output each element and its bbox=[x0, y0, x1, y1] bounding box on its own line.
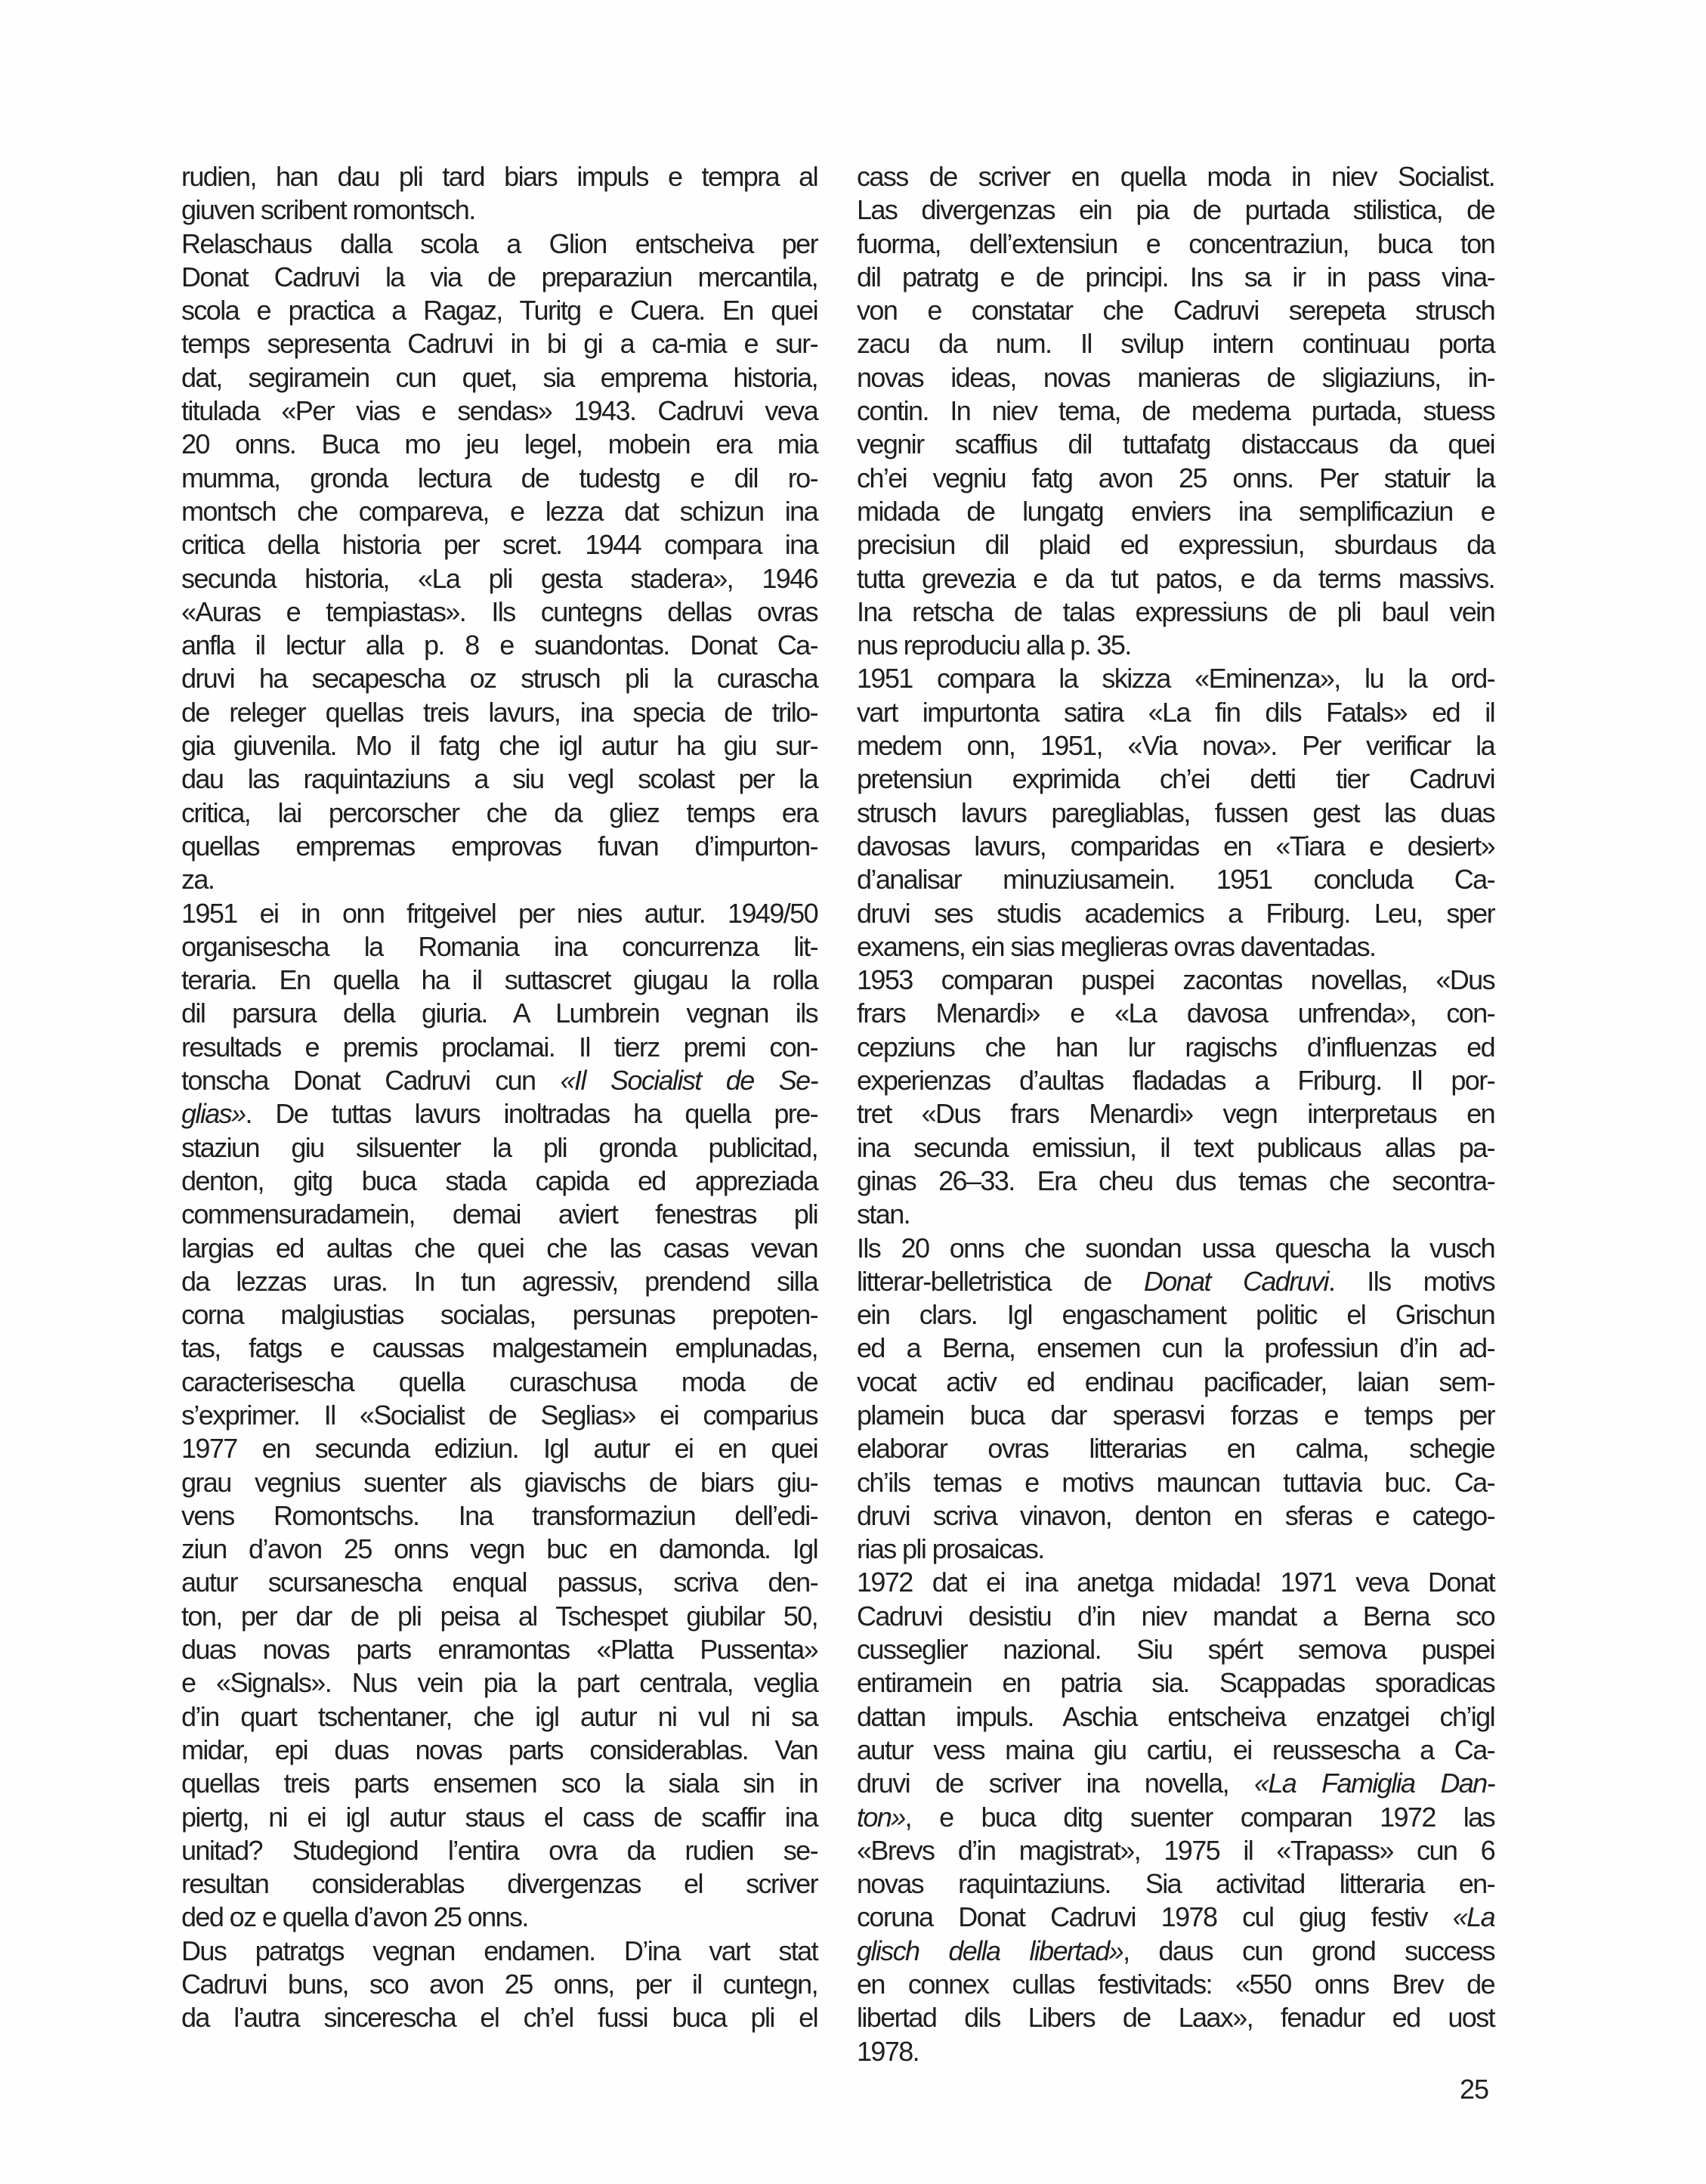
text-span: dil parsura della giuria. A Lumbrein veg… bbox=[181, 998, 817, 1029]
text-line-content: cepziuns che han lur ragischs d’influenz… bbox=[857, 1031, 1494, 1064]
text-line-content: ein clars. Igl engaschament politic el G… bbox=[857, 1298, 1494, 1332]
text-line: anfla il lectur alla p. 8 e suandontas. … bbox=[181, 629, 817, 662]
text-line-content: druvi ha secapescha oz strusch pli la cu… bbox=[181, 662, 817, 695]
text-line: ziun d’avon 25 onns vegn buc en damonda.… bbox=[181, 1533, 817, 1566]
text-span: Dus patratgs vegnan endamen. D’ina vart … bbox=[181, 1935, 817, 1966]
italic-title-text: Donat Cadruvi bbox=[1144, 1266, 1328, 1297]
text-line: quellas treis parts ensemen sco la siala… bbox=[181, 1767, 817, 1800]
text-line: critica, lai percorscher che da gliez te… bbox=[181, 797, 817, 830]
text-span: scola e practica a Ragaz, Turitg e Cuera… bbox=[181, 295, 817, 326]
text-span: , daus cun grond success bbox=[1123, 1935, 1494, 1966]
text-line: Dus patratgs vegnan endamen. D’ina vart … bbox=[181, 1935, 817, 1968]
text-line-content: 1978. bbox=[857, 2035, 919, 2068]
text-line: 1953 comparan puspei zacontas novellas, … bbox=[857, 964, 1494, 997]
text-line-content: glias». De tuttas lavurs inoltradas ha q… bbox=[181, 1097, 817, 1131]
text-span: druvi scriva vinavon, denton en sferas e… bbox=[857, 1500, 1494, 1531]
text-line-content: unitad? Studegiond l’entira ovra da rudi… bbox=[181, 1834, 817, 1867]
text-line: litterar-belletristica de Donat Cadruvi.… bbox=[857, 1265, 1494, 1298]
text-line-content: 1977 en secunda ediziun. Igl autur ei en… bbox=[181, 1432, 817, 1465]
text-span: novas ideas, novas manieras de sligiaziu… bbox=[857, 362, 1494, 393]
text-line-content: de releger quellas treis lavurs, ina spe… bbox=[181, 696, 817, 729]
text-line-content: 1951 ei in onn fritgeivel per nies autur… bbox=[181, 897, 817, 930]
text-line: midar, epi duas novas parts considerabla… bbox=[181, 1734, 817, 1767]
text-span: 1951 ei in onn fritgeivel per nies autur… bbox=[181, 898, 817, 929]
text-line-content: d’in quart tschentaner, che igl autur ni… bbox=[181, 1700, 817, 1734]
text-span: caracterisescha quella curaschusa moda d… bbox=[181, 1366, 817, 1397]
text-span: nus reproduciu alla p. 35. bbox=[857, 630, 1131, 660]
text-line-content: ed a Berna, ensemen cun la professiun d’… bbox=[857, 1332, 1494, 1365]
text-line-content: dat, segiramein cun quet, sia emprema hi… bbox=[181, 361, 817, 394]
text-line: 1978. bbox=[857, 2035, 1494, 2068]
text-line-content: tas, fatgs e caussas malgestamein emplun… bbox=[181, 1332, 817, 1365]
text-line-content: Relaschaus dalla scola a Glion entscheiv… bbox=[181, 227, 817, 261]
text-line-content: quellas treis parts ensemen sco la siala… bbox=[181, 1767, 817, 1800]
text-span: quellas empremas emprovas fuvan d’impurt… bbox=[181, 831, 817, 862]
text-line-content: grau vegnius suenter als giavischs de bi… bbox=[181, 1466, 817, 1499]
text-line: quellas empremas emprovas fuvan d’impurt… bbox=[181, 830, 817, 863]
text-span: strusch lavurs paregliablas, fussen gest… bbox=[857, 797, 1494, 828]
text-line: stan. bbox=[857, 1198, 1494, 1231]
italic-title-text: «La bbox=[1453, 1901, 1494, 1932]
text-line: plamein buca dar sperasvi forzas e temps… bbox=[857, 1399, 1494, 1432]
text-line-content: en connex cullas festivitads: «550 onns … bbox=[857, 1968, 1494, 2001]
text-line: duas novas parts enramontas «Platta Puss… bbox=[181, 1633, 817, 1666]
text-span: commensuradamein, demai aviert fenestras… bbox=[181, 1199, 817, 1230]
text-line-content: vens Romontschs. Ina transformaziun dell… bbox=[181, 1499, 817, 1533]
text-span: resultads e premis proclamai. Il tierz p… bbox=[181, 1032, 817, 1063]
text-line-content: temps sepresenta Cadruvi in bi gi a ca-m… bbox=[181, 327, 817, 360]
text-line: ded oz e quella d’avon 25 onns. bbox=[181, 1901, 817, 1934]
text-line-content: 1972 dat ei ina anetga midada! 1971 veva… bbox=[857, 1566, 1494, 1599]
text-line-content: dau las raquintaziuns a siu vegl scolast… bbox=[181, 763, 817, 796]
text-line-content: caracterisescha quella curaschusa moda d… bbox=[181, 1366, 817, 1399]
text-line: libertad dils Libers de Laax», fenadur e… bbox=[857, 2001, 1494, 2034]
text-span: e «Signals». Nus vein pia la part centra… bbox=[181, 1667, 817, 1698]
text-span: ziun d’avon 25 onns vegn buc en damonda.… bbox=[181, 1533, 817, 1564]
text-line-content: cusseglier nazional. Siu spért semova pu… bbox=[857, 1633, 1494, 1666]
text-line: dil patratg e de principi. Ins sa ir in … bbox=[857, 261, 1494, 294]
text-line-content: ziun d’avon 25 onns vegn buc en damonda.… bbox=[181, 1533, 817, 1566]
text-span: dil patratg e de principi. Ins sa ir in … bbox=[857, 261, 1494, 292]
text-line: caracterisescha quella curaschusa moda d… bbox=[181, 1366, 817, 1399]
text-line: tutta grevezia e da tut patos, e da term… bbox=[857, 562, 1494, 595]
document-page: rudien, han dau pli tard biars impuls e … bbox=[0, 0, 1706, 2184]
right-text-column: cass de scriver en quella moda in niev S… bbox=[857, 160, 1494, 2068]
text-span: staziun giu silsuenter la pli gronda pub… bbox=[181, 1132, 817, 1163]
text-span: quellas treis parts ensemen sco la siala… bbox=[181, 1768, 817, 1799]
text-line-content: ginas 26–33. Era cheu dus temas che seco… bbox=[857, 1165, 1494, 1198]
text-span: critica della historia per scret. 1944 c… bbox=[181, 529, 817, 560]
text-line-content: zacu da num. Il svilup intern continuau … bbox=[857, 327, 1494, 360]
text-line: 1951 ei in onn fritgeivel per nies autur… bbox=[181, 897, 817, 930]
text-span: ein clars. Igl engaschament politic el G… bbox=[857, 1299, 1494, 1330]
text-span: contin. In niev tema, de medema purtada,… bbox=[857, 395, 1494, 426]
italic-title-text: glisch della libertad» bbox=[857, 1935, 1123, 1966]
text-line: resultan considerablas divergenzas el sc… bbox=[181, 1867, 817, 1901]
text-span: entiramein en patria sia. Scappadas spor… bbox=[857, 1667, 1494, 1698]
text-span: giuven scribent romontsch. bbox=[181, 194, 475, 225]
text-line-content: rudien, han dau pli tard biars impuls e … bbox=[181, 160, 817, 193]
text-line: commensuradamein, demai aviert fenestras… bbox=[181, 1198, 817, 1231]
italic-title-text: «La Famiglia Dan- bbox=[1254, 1768, 1494, 1799]
text-span: tutta grevezia e da tut patos, e da term… bbox=[857, 563, 1494, 594]
text-span: midar, epi duas novas parts considerabla… bbox=[181, 1734, 817, 1765]
text-line: secunda historia, «La pli gesta stadera»… bbox=[181, 562, 817, 595]
text-line: Relaschaus dalla scola a Glion entscheiv… bbox=[181, 227, 817, 261]
text-span: critica, lai percorscher che da gliez te… bbox=[181, 797, 817, 828]
left-text-column: rudien, han dau pli tard biars impuls e … bbox=[181, 160, 817, 2035]
text-line: da l’autra sincerescha el ch’el fussi bu… bbox=[181, 2001, 817, 2034]
text-line-content: quellas empremas emprovas fuvan d’impurt… bbox=[181, 830, 817, 863]
text-line: largias ed aultas che quei che las casas… bbox=[181, 1232, 817, 1265]
text-line: ein clars. Igl engaschament politic el G… bbox=[857, 1298, 1494, 1332]
text-span: da l’autra sincerescha el ch’el fussi bu… bbox=[181, 2002, 817, 2033]
text-line-content: za. bbox=[181, 863, 214, 896]
text-line: pretensiun exprimida ch’ei detti tier Ca… bbox=[857, 763, 1494, 796]
text-line: montsch che compareva, e lezza dat schiz… bbox=[181, 495, 817, 528]
text-line-content: Ils 20 onns che suondan ussa quescha la … bbox=[857, 1232, 1494, 1265]
text-line-content: contin. In niev tema, de medema purtada,… bbox=[857, 394, 1494, 428]
text-span: 1978. bbox=[857, 2036, 919, 2067]
text-span: examens, ein sias meglieras ovras davent… bbox=[857, 931, 1375, 962]
text-span: «Brevs d’in magistrat», 1975 il «Trapass… bbox=[857, 1835, 1494, 1866]
text-line-content: midada de lungatg enviers ina semplifica… bbox=[857, 495, 1494, 528]
text-span: vens Romontschs. Ina transformaziun dell… bbox=[181, 1500, 817, 1531]
text-line-content: vegnir scaffius dil tuttafatg distaccaus… bbox=[857, 428, 1494, 461]
text-line-content: «Auras e tempiastas». Ils cuntegns della… bbox=[181, 595, 817, 629]
text-span: teraria. En quella ha il suttascret giug… bbox=[181, 964, 817, 995]
text-line-content: d’analisar minuziusamein. 1951 concluda … bbox=[857, 863, 1494, 896]
text-line: autur vess maina giu cartiu, ei reussesc… bbox=[857, 1734, 1494, 1767]
text-line-content: duas novas parts enramontas «Platta Puss… bbox=[181, 1633, 817, 1666]
text-line-content: strusch lavurs paregliablas, fussen gest… bbox=[857, 797, 1494, 830]
text-span: druvi de scriver ina novella, bbox=[857, 1768, 1254, 1799]
text-span: . De tuttas lavurs inoltradas ha quella … bbox=[245, 1098, 817, 1129]
text-line-content: midar, epi duas novas parts considerabla… bbox=[181, 1734, 817, 1767]
text-line: tonscha Donat Cadruvi cun «Il Socialist … bbox=[181, 1064, 817, 1097]
text-line-content: elaborar ovras litterarias en calma, sch… bbox=[857, 1432, 1494, 1465]
text-line-content: largias ed aultas che quei che las casas… bbox=[181, 1232, 817, 1265]
text-span: vocat activ ed endinau pacificader, laia… bbox=[857, 1366, 1494, 1397]
text-span: von e constatar che Cadruvi serepeta str… bbox=[857, 295, 1494, 326]
italic-title-text: ton» bbox=[857, 1802, 905, 1833]
text-line: medem onn, 1951, «Via nova». Per verific… bbox=[857, 729, 1494, 763]
text-line-content: Cadruvi buns, sco avon 25 onns, per il c… bbox=[181, 1968, 817, 2001]
text-line-content: entiramein en patria sia. Scappadas spor… bbox=[857, 1666, 1494, 1700]
text-line-content: litterar-belletristica de Donat Cadruvi.… bbox=[857, 1265, 1494, 1298]
text-line: gia giuvenila. Mo il fatg che igl autur … bbox=[181, 729, 817, 763]
text-line-content: staziun giu silsuenter la pli gronda pub… bbox=[181, 1131, 817, 1165]
text-line-content: resultads e premis proclamai. Il tierz p… bbox=[181, 1031, 817, 1064]
text-line-content: vocat activ ed endinau pacificader, laia… bbox=[857, 1366, 1494, 1399]
text-span: rudien, han dau pli tard biars impuls e … bbox=[181, 161, 817, 192]
text-span: za. bbox=[181, 864, 214, 895]
text-line: Ils 20 onns che suondan ussa quescha la … bbox=[857, 1232, 1494, 1265]
text-span: d’in quart tschentaner, che igl autur ni… bbox=[181, 1701, 817, 1732]
text-line: d’analisar minuziusamein. 1951 concluda … bbox=[857, 863, 1494, 896]
text-line: frars Menardi» e «La davosa unfrenda», c… bbox=[857, 997, 1494, 1030]
text-line: s’exprimer. Il «Socialist de Seglias» ei… bbox=[181, 1399, 817, 1432]
text-line-content: commensuradamein, demai aviert fenestras… bbox=[181, 1198, 817, 1231]
text-line: davosas lavurs, comparidas en «Tiara e d… bbox=[857, 830, 1494, 863]
text-line-content: 20 onns. Buca mo jeu legel, mobein era m… bbox=[181, 428, 817, 461]
text-span: Cadruvi desistiu d’in niev mandat a Bern… bbox=[857, 1601, 1494, 1632]
text-line: druvi de scriver ina novella, «La Famigl… bbox=[857, 1767, 1494, 1800]
text-span: cass de scriver en quella moda in niev S… bbox=[857, 161, 1494, 192]
text-line-content: denton, gitg buca stada capida ed apprez… bbox=[181, 1165, 817, 1198]
text-line: denton, gitg buca stada capida ed apprez… bbox=[181, 1165, 817, 1198]
text-line: dattan impuls. Aschia entscheiva enzatge… bbox=[857, 1700, 1494, 1734]
text-line-content: ch’ei vegniu fatg avon 25 onns. Per stat… bbox=[857, 462, 1494, 495]
text-line-content: Donat Cadruvi la via de preparaziun merc… bbox=[181, 261, 817, 294]
text-span: corna malgiustias socialas, persunas pre… bbox=[181, 1299, 817, 1330]
text-line-content: tonscha Donat Cadruvi cun «Il Socialist … bbox=[181, 1064, 817, 1097]
text-line-content: gia giuvenila. Mo il fatg che igl autur … bbox=[181, 729, 817, 763]
text-line: ed a Berna, ensemen cun la professiun d’… bbox=[857, 1332, 1494, 1365]
text-line-content: autur vess maina giu cartiu, ei reussesc… bbox=[857, 1734, 1494, 1767]
text-line: Donat Cadruvi la via de preparaziun merc… bbox=[181, 261, 817, 294]
text-line-content: fuorma, dell’extensiun e concentraziun, … bbox=[857, 227, 1494, 261]
text-line: da lezzas uras. In tun agressiv, prenden… bbox=[181, 1265, 817, 1298]
text-span: experienzas d’aultas fladadas a Friburg.… bbox=[857, 1065, 1494, 1096]
text-line-content: davosas lavurs, comparidas en «Tiara e d… bbox=[857, 830, 1494, 863]
text-line-content: resultan considerablas divergenzas el sc… bbox=[181, 1867, 817, 1901]
text-span: da lezzas uras. In tun agressiv, prenden… bbox=[181, 1266, 817, 1297]
text-line-content: libertad dils Libers de Laax», fenadur e… bbox=[857, 2001, 1494, 2034]
text-line-content: da l’autra sincerescha el ch’el fussi bu… bbox=[181, 2001, 817, 2034]
text-line: vocat activ ed endinau pacificader, laia… bbox=[857, 1366, 1494, 1399]
text-line-content: mumma, gronda lectura de tudestg e dil r… bbox=[181, 462, 817, 495]
text-span: 1953 comparan puspei zacontas novellas, … bbox=[857, 964, 1494, 995]
text-line: d’in quart tschentaner, che igl autur ni… bbox=[181, 1700, 817, 1734]
text-line: corna malgiustias socialas, persunas pre… bbox=[181, 1298, 817, 1332]
text-span: coruna Donat Cadruvi 1978 cul giug festi… bbox=[857, 1901, 1453, 1932]
text-span: organisescha la Romania ina concurrenza … bbox=[181, 931, 817, 962]
text-line-content: s’exprimer. Il «Socialist de Seglias» ei… bbox=[181, 1399, 817, 1432]
text-line-content: nus reproduciu alla p. 35. bbox=[857, 629, 1131, 662]
text-span: ch’ils temas e motivs mauncan tuttavia b… bbox=[857, 1467, 1494, 1498]
text-span: ginas 26–33. Era cheu dus temas che seco… bbox=[857, 1165, 1494, 1196]
text-line-content: vart impurtonta satira «La fin dils Fata… bbox=[857, 696, 1494, 729]
text-span: piertg, ni ei igl autur staus el cass de… bbox=[181, 1802, 817, 1833]
text-span: cepziuns che han lur ragischs d’influenz… bbox=[857, 1032, 1494, 1063]
text-line: elaborar ovras litterarias en calma, sch… bbox=[857, 1432, 1494, 1465]
text-line: staziun giu silsuenter la pli gronda pub… bbox=[181, 1131, 817, 1165]
text-line-content: dattan impuls. Aschia entscheiva enzatge… bbox=[857, 1700, 1494, 1734]
text-line-content: titulada «Per vias e sendas» 1943. Cadru… bbox=[181, 394, 817, 428]
text-line: Ina retscha de talas expressiuns de pli … bbox=[857, 595, 1494, 629]
text-line-content: novas ideas, novas manieras de sligiaziu… bbox=[857, 361, 1494, 394]
text-line: organisescha la Romania ina concurrenza … bbox=[181, 930, 817, 964]
text-span: «Auras e tempiastas». Ils cuntegns della… bbox=[181, 596, 817, 627]
text-line-content: autur scursanescha enqual passus, scriva… bbox=[181, 1566, 817, 1599]
text-line: novas raquintaziuns. Sia activitad litte… bbox=[857, 1867, 1494, 1901]
text-line: piertg, ni ei igl autur staus el cass de… bbox=[181, 1801, 817, 1834]
text-span: autur scursanescha enqual passus, scriva… bbox=[181, 1567, 817, 1598]
text-span: ded oz e quella d’avon 25 onns. bbox=[181, 1901, 528, 1932]
text-line-content: «Brevs d’in magistrat», 1975 il «Trapass… bbox=[857, 1834, 1494, 1867]
text-span: unitad? Studegiond l’entira ovra da rudi… bbox=[181, 1835, 817, 1866]
text-span: 1972 dat ei ina anetga midada! 1971 veva… bbox=[857, 1567, 1494, 1598]
text-line-content: experienzas d’aultas fladadas a Friburg.… bbox=[857, 1064, 1494, 1097]
text-line-content: corna malgiustias socialas, persunas pre… bbox=[181, 1298, 817, 1332]
text-span: dattan impuls. Aschia entscheiva enzatge… bbox=[857, 1701, 1494, 1732]
text-span: Ils 20 onns che suondan ussa quescha la … bbox=[857, 1233, 1494, 1264]
text-line-content: frars Menardi» e «La davosa unfrenda», c… bbox=[857, 997, 1494, 1030]
text-line-content: piertg, ni ei igl autur staus el cass de… bbox=[181, 1801, 817, 1834]
text-span: druvi ses studis academics a Friburg. Le… bbox=[857, 898, 1494, 929]
text-line-content: examens, ein sias meglieras ovras davent… bbox=[857, 930, 1375, 964]
text-line-content: medem onn, 1951, «Via nova». Per verific… bbox=[857, 729, 1494, 763]
text-span: Las divergenzas ein pia de purtada stili… bbox=[857, 194, 1494, 225]
text-span: de releger quellas treis lavurs, ina spe… bbox=[181, 697, 817, 728]
text-line: za. bbox=[181, 863, 817, 896]
text-line-content: Ina retscha de talas expressiuns de pli … bbox=[857, 595, 1494, 629]
text-span: . Ils motivs bbox=[1328, 1266, 1494, 1297]
text-line-content: ded oz e quella d’avon 25 onns. bbox=[181, 1901, 528, 1934]
text-line: cepziuns che han lur ragischs d’influenz… bbox=[857, 1031, 1494, 1064]
text-line: titulada «Per vias e sendas» 1943. Cadru… bbox=[181, 394, 817, 428]
text-line-content: montsch che compareva, e lezza dat schiz… bbox=[181, 495, 817, 528]
text-line: druvi ha secapescha oz strusch pli la cu… bbox=[181, 662, 817, 695]
text-span: resultan considerablas divergenzas el sc… bbox=[181, 1868, 817, 1899]
text-span: ch’ei vegniu fatg avon 25 onns. Per stat… bbox=[857, 462, 1494, 493]
text-line: druvi scriva vinavon, denton en sferas e… bbox=[857, 1499, 1494, 1533]
text-line-content: novas raquintaziuns. Sia activitad litte… bbox=[857, 1867, 1494, 1901]
text-line: ch’ei vegniu fatg avon 25 onns. Per stat… bbox=[857, 462, 1494, 495]
text-line: «Auras e tempiastas». Ils cuntegns della… bbox=[181, 595, 817, 629]
text-line-content: ch’ils temas e motivs mauncan tuttavia b… bbox=[857, 1466, 1494, 1499]
text-span: denton, gitg buca stada capida ed apprez… bbox=[181, 1165, 817, 1196]
text-line-content: druvi ses studis academics a Friburg. Le… bbox=[857, 897, 1494, 930]
text-line: ton», e buca ditg suenter comparan 1972 … bbox=[857, 1801, 1494, 1834]
text-line: Cadruvi desistiu d’in niev mandat a Bern… bbox=[857, 1600, 1494, 1633]
text-span: vegnir scaffius dil tuttafatg distaccaus… bbox=[857, 428, 1494, 459]
text-span: ina secunda emissiun, il text publicaus … bbox=[857, 1132, 1494, 1163]
text-span: stan. bbox=[857, 1199, 910, 1230]
text-line: precisiun dil plaid ed expressiun, sburd… bbox=[857, 528, 1494, 561]
text-line: glisch della libertad», daus cun grond s… bbox=[857, 1935, 1494, 1968]
text-span: duas novas parts enramontas «Platta Puss… bbox=[181, 1634, 817, 1665]
text-line: Las divergenzas ein pia de purtada stili… bbox=[857, 193, 1494, 227]
text-span: fuorma, dell’extensiun e concentraziun, … bbox=[857, 228, 1494, 259]
text-line-content: critica della historia per scret. 1944 c… bbox=[181, 528, 817, 561]
text-line: examens, ein sias meglieras ovras davent… bbox=[857, 930, 1494, 964]
text-span: montsch che compareva, e lezza dat schiz… bbox=[181, 496, 817, 527]
text-line: 20 onns. Buca mo jeu legel, mobein era m… bbox=[181, 428, 817, 461]
text-line: teraria. En quella ha il suttascret giug… bbox=[181, 964, 817, 997]
text-span: novas raquintaziuns. Sia activitad litte… bbox=[857, 1868, 1494, 1899]
text-line: rias pli prosaicas. bbox=[857, 1533, 1494, 1566]
text-line: ginas 26–33. Era cheu dus temas che seco… bbox=[857, 1165, 1494, 1198]
text-line: druvi ses studis academics a Friburg. Le… bbox=[857, 897, 1494, 930]
text-span: d’analisar minuziusamein. 1951 concluda … bbox=[857, 864, 1494, 895]
text-span: 1977 en secunda ediziun. Igl autur ei en… bbox=[181, 1433, 817, 1464]
text-line-content: critica, lai percorscher che da gliez te… bbox=[181, 797, 817, 830]
text-line: 1972 dat ei ina anetga midada! 1971 veva… bbox=[857, 1566, 1494, 1599]
text-span: druvi ha secapescha oz strusch pli la cu… bbox=[181, 663, 817, 694]
text-span: , e buca ditg suenter comparan 1972 las bbox=[905, 1802, 1494, 1833]
text-span: rias pli prosaicas. bbox=[857, 1533, 1044, 1564]
text-line: experienzas d’aultas fladadas a Friburg.… bbox=[857, 1064, 1494, 1097]
text-line: «Brevs d’in magistrat», 1975 il «Trapass… bbox=[857, 1834, 1494, 1867]
text-line: 1977 en secunda ediziun. Igl autur ei en… bbox=[181, 1432, 817, 1465]
text-line-content: scola e practica a Ragaz, Turitg e Cuera… bbox=[181, 294, 817, 327]
text-span: medem onn, 1951, «Via nova». Per verific… bbox=[857, 730, 1494, 761]
text-line: ch’ils temas e motivs mauncan tuttavia b… bbox=[857, 1466, 1494, 1499]
text-line-content: da lezzas uras. In tun agressiv, prenden… bbox=[181, 1265, 817, 1298]
text-line: unitad? Studegiond l’entira ovra da rudi… bbox=[181, 1834, 817, 1867]
text-line: temps sepresenta Cadruvi in bi gi a ca-m… bbox=[181, 327, 817, 360]
text-span: gia giuvenila. Mo il fatg che igl autur … bbox=[181, 730, 817, 761]
text-span: tonscha Donat Cadruvi cun bbox=[181, 1065, 561, 1096]
text-span: Relaschaus dalla scola a Glion entscheiv… bbox=[181, 228, 817, 259]
text-line-content: ton», e buca ditg suenter comparan 1972 … bbox=[857, 1801, 1494, 1834]
text-span: litterar-belletristica de bbox=[857, 1266, 1144, 1297]
text-line: glias». De tuttas lavurs inoltradas ha q… bbox=[181, 1097, 817, 1131]
text-line-content: 1951 compara la skizza «Eminenza», lu la… bbox=[857, 662, 1494, 695]
text-line: zacu da num. Il svilup intern continuau … bbox=[857, 327, 1494, 360]
text-span: midada de lungatg enviers ina semplifica… bbox=[857, 496, 1494, 527]
text-span: libertad dils Libers de Laax», fenadur e… bbox=[857, 2002, 1494, 2033]
text-line: grau vegnius suenter als giavischs de bi… bbox=[181, 1466, 817, 1499]
text-line: dat, segiramein cun quet, sia emprema hi… bbox=[181, 361, 817, 394]
text-line-content: anfla il lectur alla p. 8 e suandontas. … bbox=[181, 629, 817, 662]
text-line: ton, per dar de pli peisa al Tschespet g… bbox=[181, 1600, 817, 1633]
text-span: vart impurtonta satira «La fin dils Fata… bbox=[857, 697, 1494, 728]
text-line-content: pretensiun exprimida ch’ei detti tier Ca… bbox=[857, 763, 1494, 796]
text-line: cass de scriver en quella moda in niev S… bbox=[857, 160, 1494, 193]
text-line-content: precisiun dil plaid ed expressiun, sburd… bbox=[857, 528, 1494, 561]
text-line: vens Romontschs. Ina transformaziun dell… bbox=[181, 1499, 817, 1533]
text-line-content: organisescha la Romania ina concurrenza … bbox=[181, 930, 817, 964]
text-span: davosas lavurs, comparidas en «Tiara e d… bbox=[857, 831, 1494, 862]
text-span: 20 onns. Buca mo jeu legel, mobein era m… bbox=[181, 428, 817, 459]
text-line-content: Cadruvi desistiu d’in niev mandat a Bern… bbox=[857, 1600, 1494, 1633]
text-span: tas, fatgs e caussas malgestamein emplun… bbox=[181, 1332, 817, 1363]
text-line: dau las raquintaziuns a siu vegl scolast… bbox=[181, 763, 817, 796]
text-line-content: secunda historia, «La pli gesta stadera»… bbox=[181, 562, 817, 595]
text-line-content: dil parsura della giuria. A Lumbrein veg… bbox=[181, 997, 817, 1030]
text-line: e «Signals». Nus vein pia la part centra… bbox=[181, 1666, 817, 1700]
text-line: midada de lungatg enviers ina semplifica… bbox=[857, 495, 1494, 528]
text-span: cusseglier nazional. Siu spért semova pu… bbox=[857, 1634, 1494, 1665]
text-line: dil parsura della giuria. A Lumbrein veg… bbox=[181, 997, 817, 1030]
text-line-content: e «Signals». Nus vein pia la part centra… bbox=[181, 1666, 817, 1700]
text-line-content: stan. bbox=[857, 1198, 910, 1231]
text-span: plamein buca dar sperasvi forzas e temps… bbox=[857, 1400, 1494, 1431]
text-line: entiramein en patria sia. Scappadas spor… bbox=[857, 1666, 1494, 1700]
text-span: frars Menardi» e «La davosa unfrenda», c… bbox=[857, 998, 1494, 1029]
text-span: grau vegnius suenter als giavischs de bi… bbox=[181, 1467, 817, 1498]
text-span: dau las raquintaziuns a siu vegl scolast… bbox=[181, 763, 817, 794]
text-span: anfla il lectur alla p. 8 e suandontas. … bbox=[181, 630, 817, 660]
text-line-content: ton, per dar de pli peisa al Tschespet g… bbox=[181, 1600, 817, 1633]
text-span: temps sepresenta Cadruvi in bi gi a ca-m… bbox=[181, 328, 817, 359]
text-line: nus reproduciu alla p. 35. bbox=[857, 629, 1494, 662]
text-line-content: druvi de scriver ina novella, «La Famigl… bbox=[857, 1767, 1494, 1800]
text-line-content: tret «Dus frars Menardi» vegn interpreta… bbox=[857, 1097, 1494, 1131]
text-span: Cadruvi buns, sco avon 25 onns, per il c… bbox=[181, 1969, 817, 2000]
text-span: mumma, gronda lectura de tudestg e dil r… bbox=[181, 462, 817, 493]
text-line-content: plamein buca dar sperasvi forzas e temps… bbox=[857, 1399, 1494, 1432]
text-line-content: Dus patratgs vegnan endamen. D’ina vart … bbox=[181, 1935, 817, 1968]
text-line: cusseglier nazional. Siu spért semova pu… bbox=[857, 1633, 1494, 1666]
text-span: s’exprimer. Il «Socialist de Seglias» ei… bbox=[181, 1400, 817, 1431]
text-line: 1951 compara la skizza «Eminenza», lu la… bbox=[857, 662, 1494, 695]
text-line: autur scursanescha enqual passus, scriva… bbox=[181, 1566, 817, 1599]
text-line: fuorma, dell’extensiun e concentraziun, … bbox=[857, 227, 1494, 261]
